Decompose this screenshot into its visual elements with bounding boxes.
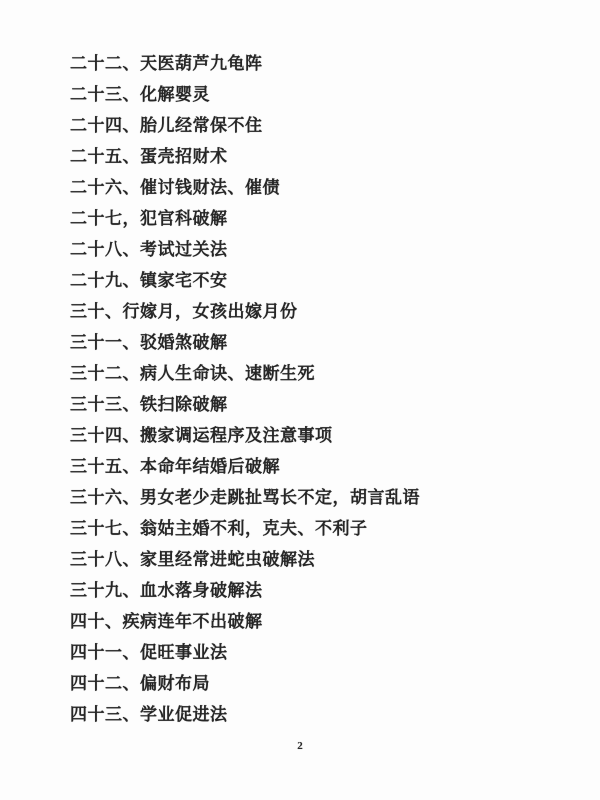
list-item: 二十八、考试过关法 [70, 234, 580, 265]
page-number: 2 [0, 739, 600, 753]
list-item: 三十、行嫁月，女孩出嫁月份 [70, 296, 580, 327]
list-item: 三十九、血水落身破解法 [70, 575, 580, 606]
list-item: 二十五、蛋壳招财术 [70, 141, 580, 172]
list-item: 三十七、翁姑主婚不利，克夫、不利子 [70, 513, 580, 544]
list-item: 二十七，犯官科破解 [70, 203, 580, 234]
list-item: 三十六、男女老少走跳扯骂长不定，胡言乱语 [70, 482, 580, 513]
numbered-item-list: 二十二、天医葫芦九龟阵二十三、化解婴灵二十四、胎儿经常保不住二十五、蛋壳招财术二… [70, 48, 580, 730]
list-item: 二十四、胎儿经常保不住 [70, 110, 580, 141]
list-item: 三十五、本命年结婚后破解 [70, 451, 580, 482]
list-item: 三十四、搬家调运程序及注意事项 [70, 420, 580, 451]
list-item: 三十八、家里经常进蛇虫破解法 [70, 544, 580, 575]
list-item: 三十三、铁扫除破解 [70, 389, 580, 420]
list-item: 四十、疾病连年不出破解 [70, 606, 580, 637]
list-item: 四十一、促旺事业法 [70, 637, 580, 668]
list-item: 二十二、天医葫芦九龟阵 [70, 48, 580, 79]
list-item: 二十九、镇家宅不安 [70, 265, 580, 296]
list-item: 三十一、驳婚煞破解 [70, 327, 580, 358]
list-item: 三十二、病人生命诀、速断生死 [70, 358, 580, 389]
document-page: 二十二、天医葫芦九龟阵二十三、化解婴灵二十四、胎儿经常保不住二十五、蛋壳招财术二… [0, 0, 600, 800]
list-item: 四十二、偏财布局 [70, 668, 580, 699]
list-item: 二十六、催讨钱财法、催债 [70, 172, 580, 203]
list-item: 二十三、化解婴灵 [70, 79, 580, 110]
list-item: 四十三、学业促进法 [70, 699, 580, 730]
